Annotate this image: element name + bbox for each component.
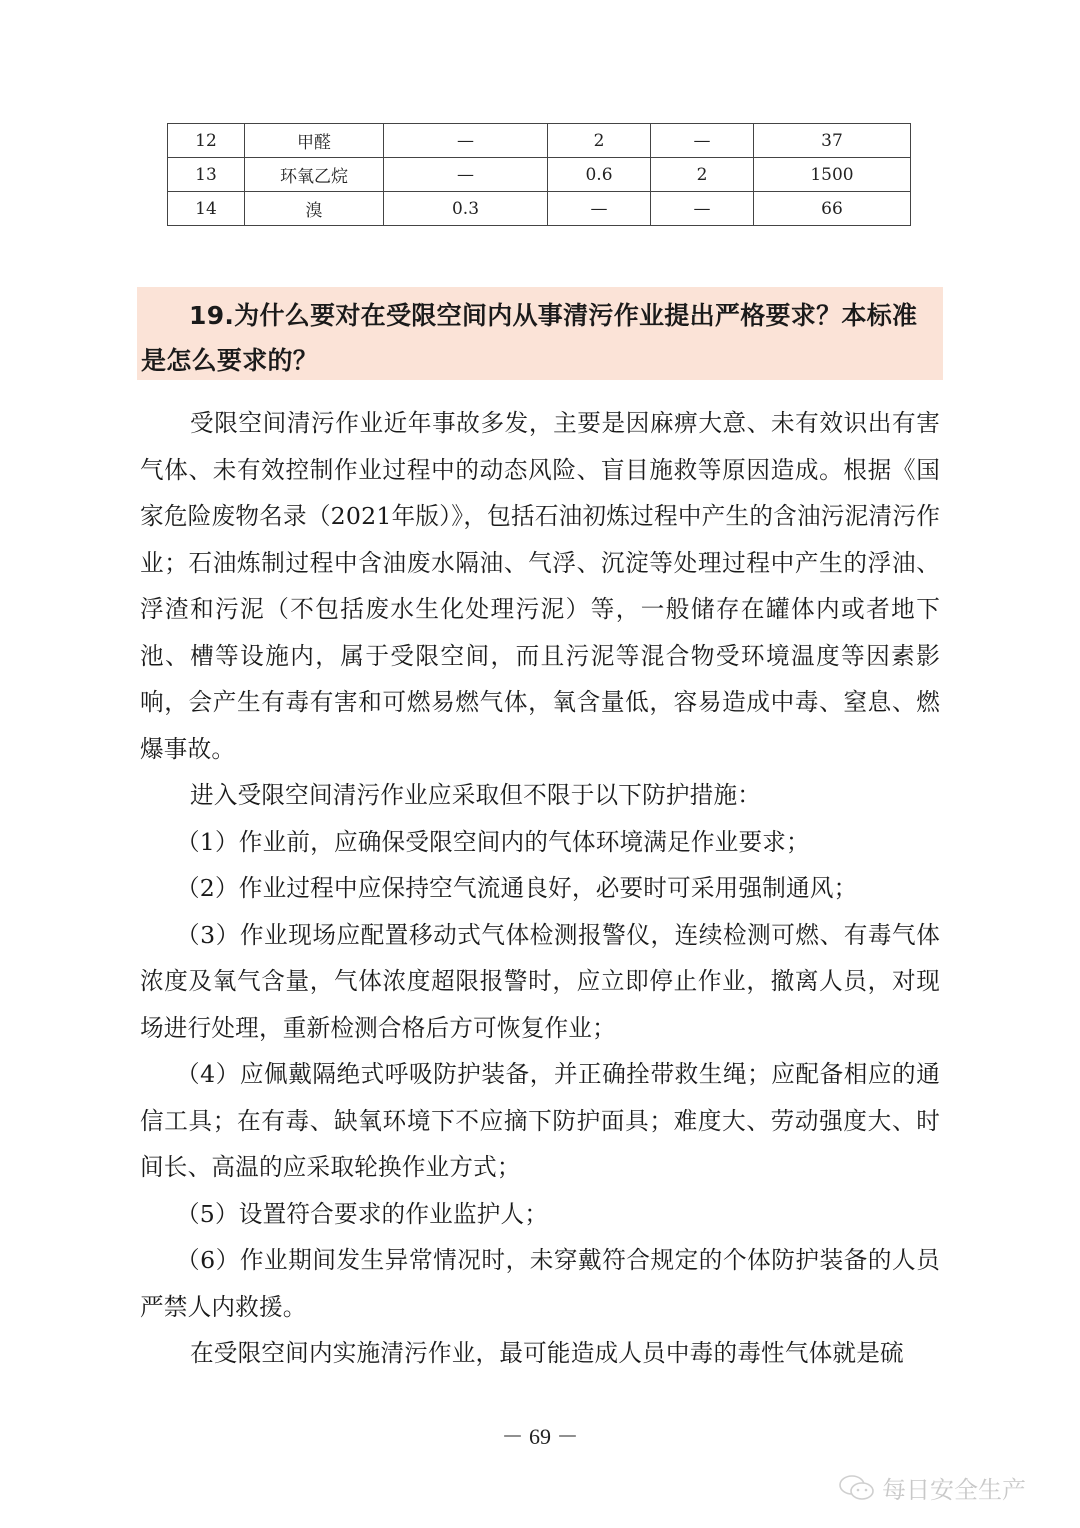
watermark: 每日安全生产	[838, 1470, 1026, 1505]
page-number: － 69 －	[0, 1420, 1080, 1451]
gas-limit-table: 12 甲醛 — 2 — 37 13 环氧乙烷 — 0.6 2 1500 14 溴…	[167, 123, 911, 226]
table-cell-substance: 环氧乙烷	[245, 158, 384, 192]
table-cell: 0.3	[384, 192, 548, 226]
table-cell-index: 12	[168, 124, 245, 158]
table-cell: 2	[548, 124, 651, 158]
table-cell: —	[651, 124, 754, 158]
table-cell: —	[548, 192, 651, 226]
table-cell: 2	[651, 158, 754, 192]
list-item: （5）设置符合要求的作业监护人；	[140, 1191, 940, 1238]
table-row: 14 溴 0.3 — — 66	[168, 192, 911, 226]
paragraph: 在受限空间内实施清污作业，最可能造成人员中毒的毒性气体就是硫	[140, 1330, 940, 1377]
table-cell: 0.6	[548, 158, 651, 192]
table-cell-index: 14	[168, 192, 245, 226]
list-item: （6）作业期间发生异常情况时，未穿戴符合规定的个体防护装备的人员严禁人内救援。	[140, 1237, 940, 1330]
paragraph: 进入受限空间清污作业应采取但不限于以下防护措施：	[140, 772, 940, 819]
section-heading: 19.为什么要对在受限空间内从事清污作业提出严格要求？本标准是怎么要求的？	[137, 287, 943, 383]
table-cell-substance: 甲醛	[245, 124, 384, 158]
table-cell: 1500	[754, 158, 911, 192]
section-heading-box: 19.为什么要对在受限空间内从事清污作业提出严格要求？本标准是怎么要求的？	[137, 287, 943, 380]
table-cell: 37	[754, 124, 911, 158]
wechat-icon	[838, 1474, 876, 1502]
table-cell: —	[384, 158, 548, 192]
table-row: 13 环氧乙烷 — 0.6 2 1500	[168, 158, 911, 192]
list-item: （4）应佩戴隔绝式呼吸防护装备，并正确拴带救生绳；应配备相应的通信工具；在有毒、…	[140, 1051, 940, 1191]
table-cell-index: 13	[168, 158, 245, 192]
table-cell: —	[384, 124, 548, 158]
list-item: （3）作业现场应配置移动式气体检测报警仪，连续检测可燃、有毒气体浓度及氧气含量，…	[140, 912, 940, 1052]
list-item: （1）作业前，应确保受限空间内的气体环境满足作业要求；	[140, 819, 940, 866]
list-item: （2）作业过程中应保持空气流通良好，必要时可采用强制通风；	[140, 865, 940, 912]
table-cell-substance: 溴	[245, 192, 384, 226]
body-text: 受限空间清污作业近年事故多发，主要是因麻痹大意、未有效识出有害气体、未有效控制作…	[140, 400, 940, 1377]
table-row: 12 甲醛 — 2 — 37	[168, 124, 911, 158]
watermark-text: 每日安全生产	[882, 1470, 1026, 1505]
table-cell: 66	[754, 192, 911, 226]
table-cell: —	[651, 192, 754, 226]
paragraph: 受限空间清污作业近年事故多发，主要是因麻痹大意、未有效识出有害气体、未有效控制作…	[140, 400, 940, 772]
